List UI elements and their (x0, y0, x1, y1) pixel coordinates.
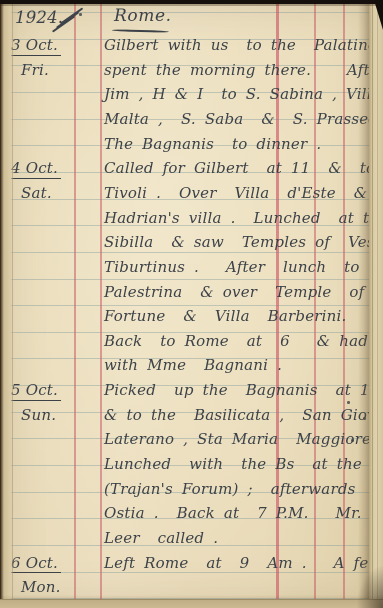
entry-text: The Bagnanis to dinner . (104, 137, 380, 153)
entry-text: (Trajan's Forum) ; afterwards to (104, 482, 380, 498)
entry-text: & to the Basilicata , San Giovanni (104, 408, 380, 424)
entry-text: Laterano , Sta Maria Maggiore . (104, 432, 380, 448)
ink-speck (79, 13, 82, 16)
entry-date: 5 Oct. (11, 383, 103, 401)
entry-text: Leer called . (104, 531, 380, 547)
entry-text: with Mme Bagnani . (104, 358, 380, 374)
entry-text: Back to Rome at 6 & had tea (104, 334, 380, 350)
entry-date-label: 5 Oct. (11, 383, 61, 401)
entry-date: Sun. (21, 408, 113, 424)
red-margin-line (100, 0, 102, 600)
page-edge-crease (372, 0, 373, 608)
diary-page: 1924. Rome. 3 Oct.Gilbert with us to the… (0, 0, 383, 608)
entry-date: 4 Oct. (11, 161, 103, 179)
ink-speck (351, 439, 354, 442)
entry-date-label: Sun. (21, 408, 56, 424)
bottom-right-shadow (357, 566, 383, 608)
entry-date-label: 3 Oct. (11, 38, 61, 56)
top-edge-shadow (0, 4, 383, 6)
entry-text: Gilbert with us to the Palatine & (104, 38, 380, 54)
page-title: Rome. (114, 8, 172, 26)
page-title-underline (112, 29, 169, 32)
bottom-pages-edge (0, 599, 383, 608)
entry-text: Fortune & Villa Barberini. (104, 309, 380, 325)
page-edge-crease (377, 0, 378, 608)
entry-text: Hadrian's villa . Lunched at the (104, 211, 380, 227)
entry-text: spent the morning there. After lunch (104, 63, 380, 79)
entry-text: Lunched with the Bs at the Ulpia (104, 457, 380, 473)
entry-text: Sibilla & saw Temples of Vesta & (104, 235, 380, 251)
entry-date-label: 4 Oct. (11, 161, 61, 179)
entry-text: Malta , S. Saba & S. Prassede . (104, 112, 380, 128)
entry-text: Jim , H & I to S. Sabina , Villa (104, 87, 380, 103)
entry-text: Left Rome at 9 Am . A few (104, 556, 380, 572)
page-curl-shadow (358, 0, 369, 608)
entry-date: 3 Oct. (11, 38, 103, 56)
entry-date-label: 6 Oct. (11, 556, 61, 574)
entry-date: Mon. (21, 580, 113, 596)
entry-date: 6 Oct. (11, 556, 103, 574)
red-margin-line (74, 0, 76, 600)
ink-speck (347, 401, 350, 404)
entry-date-label: Fri. (21, 63, 49, 79)
entry-date: Fri. (21, 63, 113, 79)
entry-text: Tivoli . Over Villa d'Este & (104, 186, 380, 202)
entry-date-label: Mon. (21, 580, 61, 596)
left-page-crease (12, 0, 13, 608)
year-flourish (50, 7, 84, 35)
entry-date-label: Sat. (21, 186, 52, 202)
entry-date: Sat. (21, 186, 113, 202)
entry-text: Palestrina & over Temple of (104, 285, 380, 301)
entry-text: Ostia . Back at 7 P.M. Mr. van (104, 506, 380, 522)
entry-text: Picked up the Bagnanis at 11 Am. (104, 383, 380, 399)
entry-text: Tiburtinus . After lunch to (104, 260, 380, 276)
entry-text: Called for Gilbert at 11 & to (104, 161, 380, 177)
